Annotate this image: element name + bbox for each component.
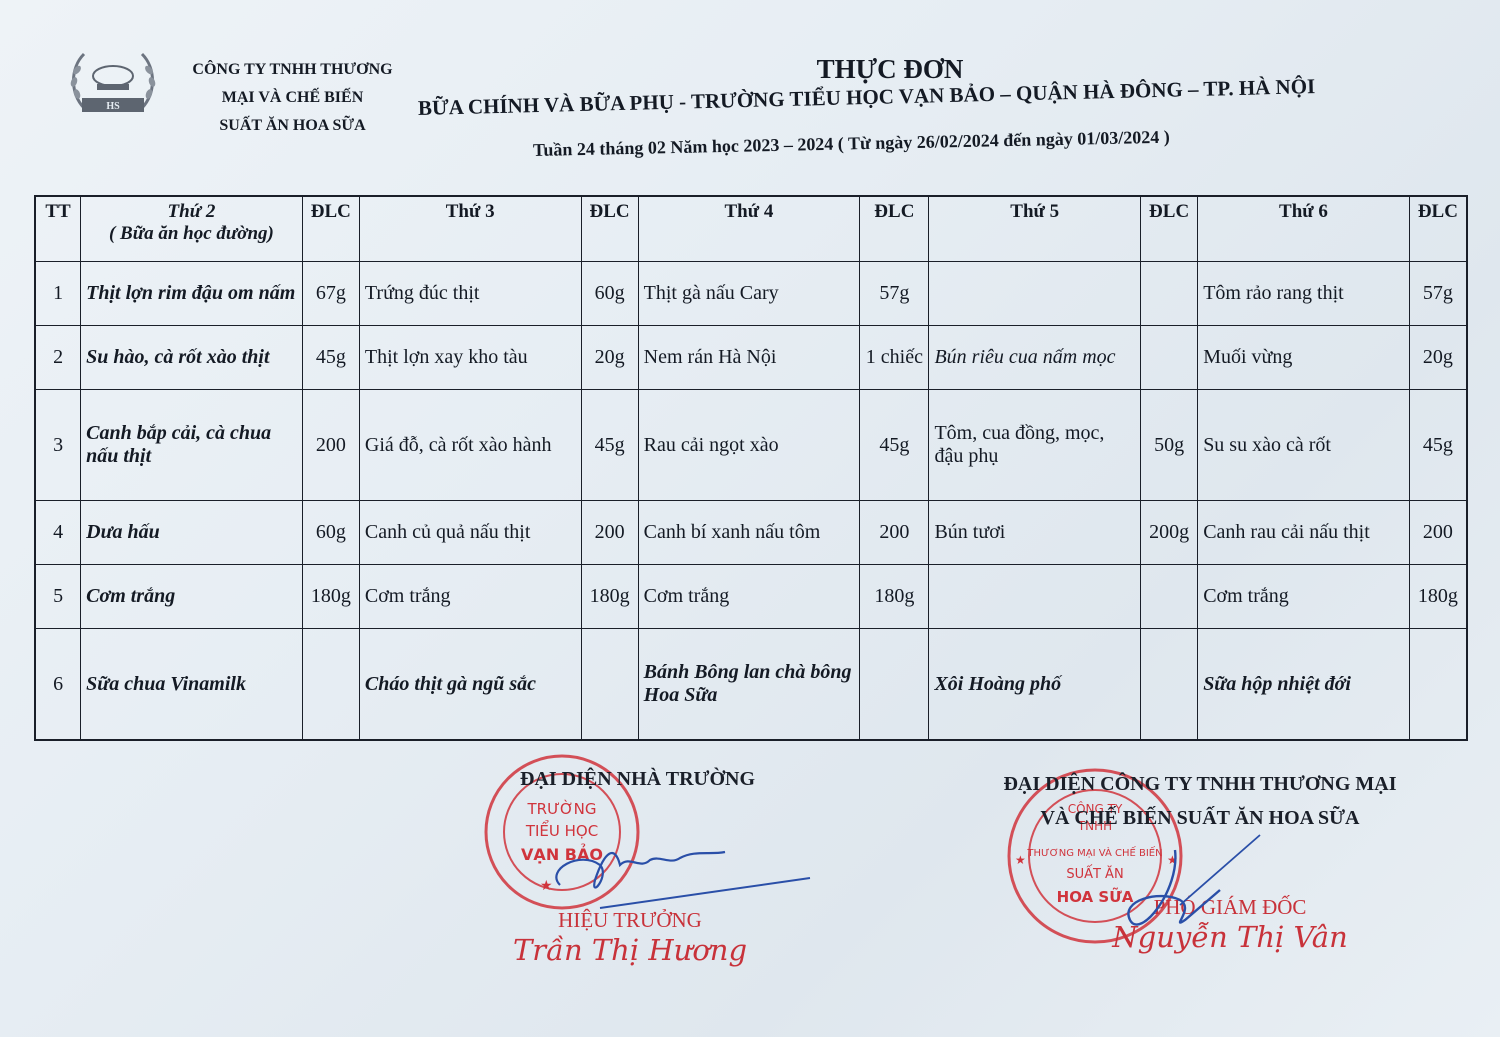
school-signer-name: Trần Thị Hương [420, 933, 840, 967]
school-signer-role: HIỆU TRƯỞNG [420, 908, 840, 933]
company-signature-icon [1110, 830, 1270, 940]
monday-dish: Thịt lợn rim đậu om nấm [81, 262, 303, 326]
tuesday-dish: Canh củ quả nấu thịt [359, 500, 581, 564]
school-signature-icon [540, 830, 820, 910]
header-dlc: ĐLC [302, 196, 359, 262]
wednesday-dish: Bánh Bông lan chà bông Hoa Sữa [638, 629, 860, 740]
friday-dish: Sữa hộp nhiệt đới [1198, 629, 1410, 740]
wednesday-portion: 45g [860, 390, 929, 500]
header-dlc: ĐLC [1141, 196, 1198, 262]
monday-portion: 67g [302, 262, 359, 326]
table-row: 6Sữa chua VinamilkCháo thịt gà ngũ sắcBá… [35, 629, 1467, 740]
company-line-1: CÔNG TY TNHH THƯƠNG [180, 56, 405, 84]
row-number: 4 [35, 500, 81, 564]
wednesday-dish: Cơm trắng [638, 564, 860, 628]
wednesday-portion [860, 629, 929, 740]
table-row: 1Thịt lợn rim đậu om nấm67gTrứng đúc thị… [35, 262, 1467, 326]
monday-portion: 180g [302, 564, 359, 628]
monday-dish: Su hào, cà rốt xào thịt [81, 326, 303, 390]
thursday-portion [1141, 629, 1198, 740]
tuesday-portion: 60g [581, 262, 638, 326]
wednesday-portion: 57g [860, 262, 929, 326]
tuesday-portion: 20g [581, 326, 638, 390]
row-number: 3 [35, 390, 81, 500]
tuesday-portion [581, 629, 638, 740]
row-number: 1 [35, 262, 81, 326]
header-dlc: ĐLC [860, 196, 929, 262]
friday-dish: Cơm trắng [1198, 564, 1410, 628]
row-number: 6 [35, 629, 81, 740]
monday-portion: 200 [302, 390, 359, 500]
monday-dish: Sữa chua Vinamilk [81, 629, 303, 740]
tuesday-portion: 200 [581, 500, 638, 564]
company-signature-heading-1: ĐẠI DIỆN CÔNG TY TNHH THƯƠNG MẠI [975, 767, 1425, 801]
header-monday-sub: ( Bữa ăn học đường) [86, 223, 297, 245]
friday-portion: 200 [1409, 500, 1467, 564]
friday-portion: 180g [1409, 564, 1467, 628]
thursday-portion: 50g [1141, 390, 1198, 500]
thursday-dish [929, 564, 1141, 628]
row-number: 2 [35, 326, 81, 390]
thursday-portion [1141, 262, 1198, 326]
wednesday-dish: Rau cải ngọt xào [638, 390, 860, 500]
thursday-dish: Bún tươi [929, 500, 1141, 564]
friday-dish: Canh rau cải nấu thịt [1198, 500, 1410, 564]
header-dlc: ĐLC [1409, 196, 1467, 262]
company-line-2: MẠI VÀ CHẾ BIẾN [180, 84, 405, 112]
wednesday-portion: 180g [860, 564, 929, 628]
thursday-portion [1141, 326, 1198, 390]
table-row: 3Canh bắp cải, cà chua nấu thịt200Giá đỗ… [35, 390, 1467, 500]
wednesday-portion: 1 chiếc [860, 326, 929, 390]
friday-portion: 57g [1409, 262, 1467, 326]
header-monday: Thứ 2 ( Bữa ăn học đường) [81, 196, 303, 262]
monday-portion: 60g [302, 500, 359, 564]
friday-portion: 45g [1409, 390, 1467, 500]
wednesday-dish: Nem rán Hà Nội [638, 326, 860, 390]
wednesday-dish: Canh bí xanh nấu tôm [638, 500, 860, 564]
table-row: 2Su hào, cà rốt xào thịt45gThịt lợn xay … [35, 326, 1467, 390]
week-date-range: Tuần 24 tháng 02 Năm học 2023 – 2024 ( T… [533, 124, 1293, 161]
tuesday-portion: 180g [581, 564, 638, 628]
header-monday-label: Thứ 2 [86, 201, 297, 223]
monday-dish: Canh bắp cải, cà chua nấu thịt [81, 390, 303, 500]
table-row: 5Cơm trắng180gCơm trắng180gCơm trắng180g… [35, 564, 1467, 628]
monday-portion: 45g [302, 326, 359, 390]
friday-dish: Tôm rảo rang thịt [1198, 262, 1410, 326]
tuesday-dish: Giá đỗ, cà rốt xào hành [359, 390, 581, 500]
wednesday-dish: Thịt gà nấu Cary [638, 262, 860, 326]
table-row: 4Dưa hấu60gCanh củ quả nấu thịt200Canh b… [35, 500, 1467, 564]
monday-portion [302, 629, 359, 740]
school-signature-heading: ĐẠI DIỆN NHÀ TRƯỜNG [500, 762, 840, 796]
thursday-dish [929, 262, 1141, 326]
company-logo-icon: HS [64, 48, 162, 122]
thursday-dish: Xôi Hoàng phố [929, 629, 1141, 740]
wednesday-portion: 200 [860, 500, 929, 564]
header-friday: Thứ 6 [1198, 196, 1410, 262]
tuesday-portion: 45g [581, 390, 638, 500]
table-header-row: TT Thứ 2 ( Bữa ăn học đường) ĐLC Thứ 3 Đ… [35, 196, 1467, 262]
friday-portion [1409, 629, 1467, 740]
friday-dish: Muối vừng [1198, 326, 1410, 390]
tuesday-dish: Cháo thịt gà ngũ sắc [359, 629, 581, 740]
company-name: CÔNG TY TNHH THƯƠNG MẠI VÀ CHẾ BIẾN SUẤT… [180, 56, 405, 140]
thursday-dish: Bún riêu cua nấm mọc [929, 326, 1141, 390]
tuesday-dish: Cơm trắng [359, 564, 581, 628]
monday-dish: Dưa hấu [81, 500, 303, 564]
thursday-dish: Tôm, cua đồng, mọc, đậu phụ [929, 390, 1141, 500]
svg-text:HS: HS [106, 101, 120, 112]
friday-dish: Su su xào cà rốt [1198, 390, 1410, 500]
tuesday-dish: Thịt lợn xay kho tàu [359, 326, 581, 390]
monday-dish: Cơm trắng [81, 564, 303, 628]
header-dlc: ĐLC [581, 196, 638, 262]
company-line-3: SUẤT ĂN HOA SỮA [180, 112, 405, 140]
header-thursday: Thứ 5 [929, 196, 1141, 262]
menu-table: TT Thứ 2 ( Bữa ăn học đường) ĐLC Thứ 3 Đ… [34, 195, 1468, 741]
header-tuesday: Thứ 3 [359, 196, 581, 262]
header-tt: TT [35, 196, 81, 262]
tuesday-dish: Trứng đúc thịt [359, 262, 581, 326]
row-number: 5 [35, 564, 81, 628]
thursday-portion: 200g [1141, 500, 1198, 564]
friday-portion: 20g [1409, 326, 1467, 390]
thursday-portion [1141, 564, 1198, 628]
header-wednesday: Thứ 4 [638, 196, 860, 262]
